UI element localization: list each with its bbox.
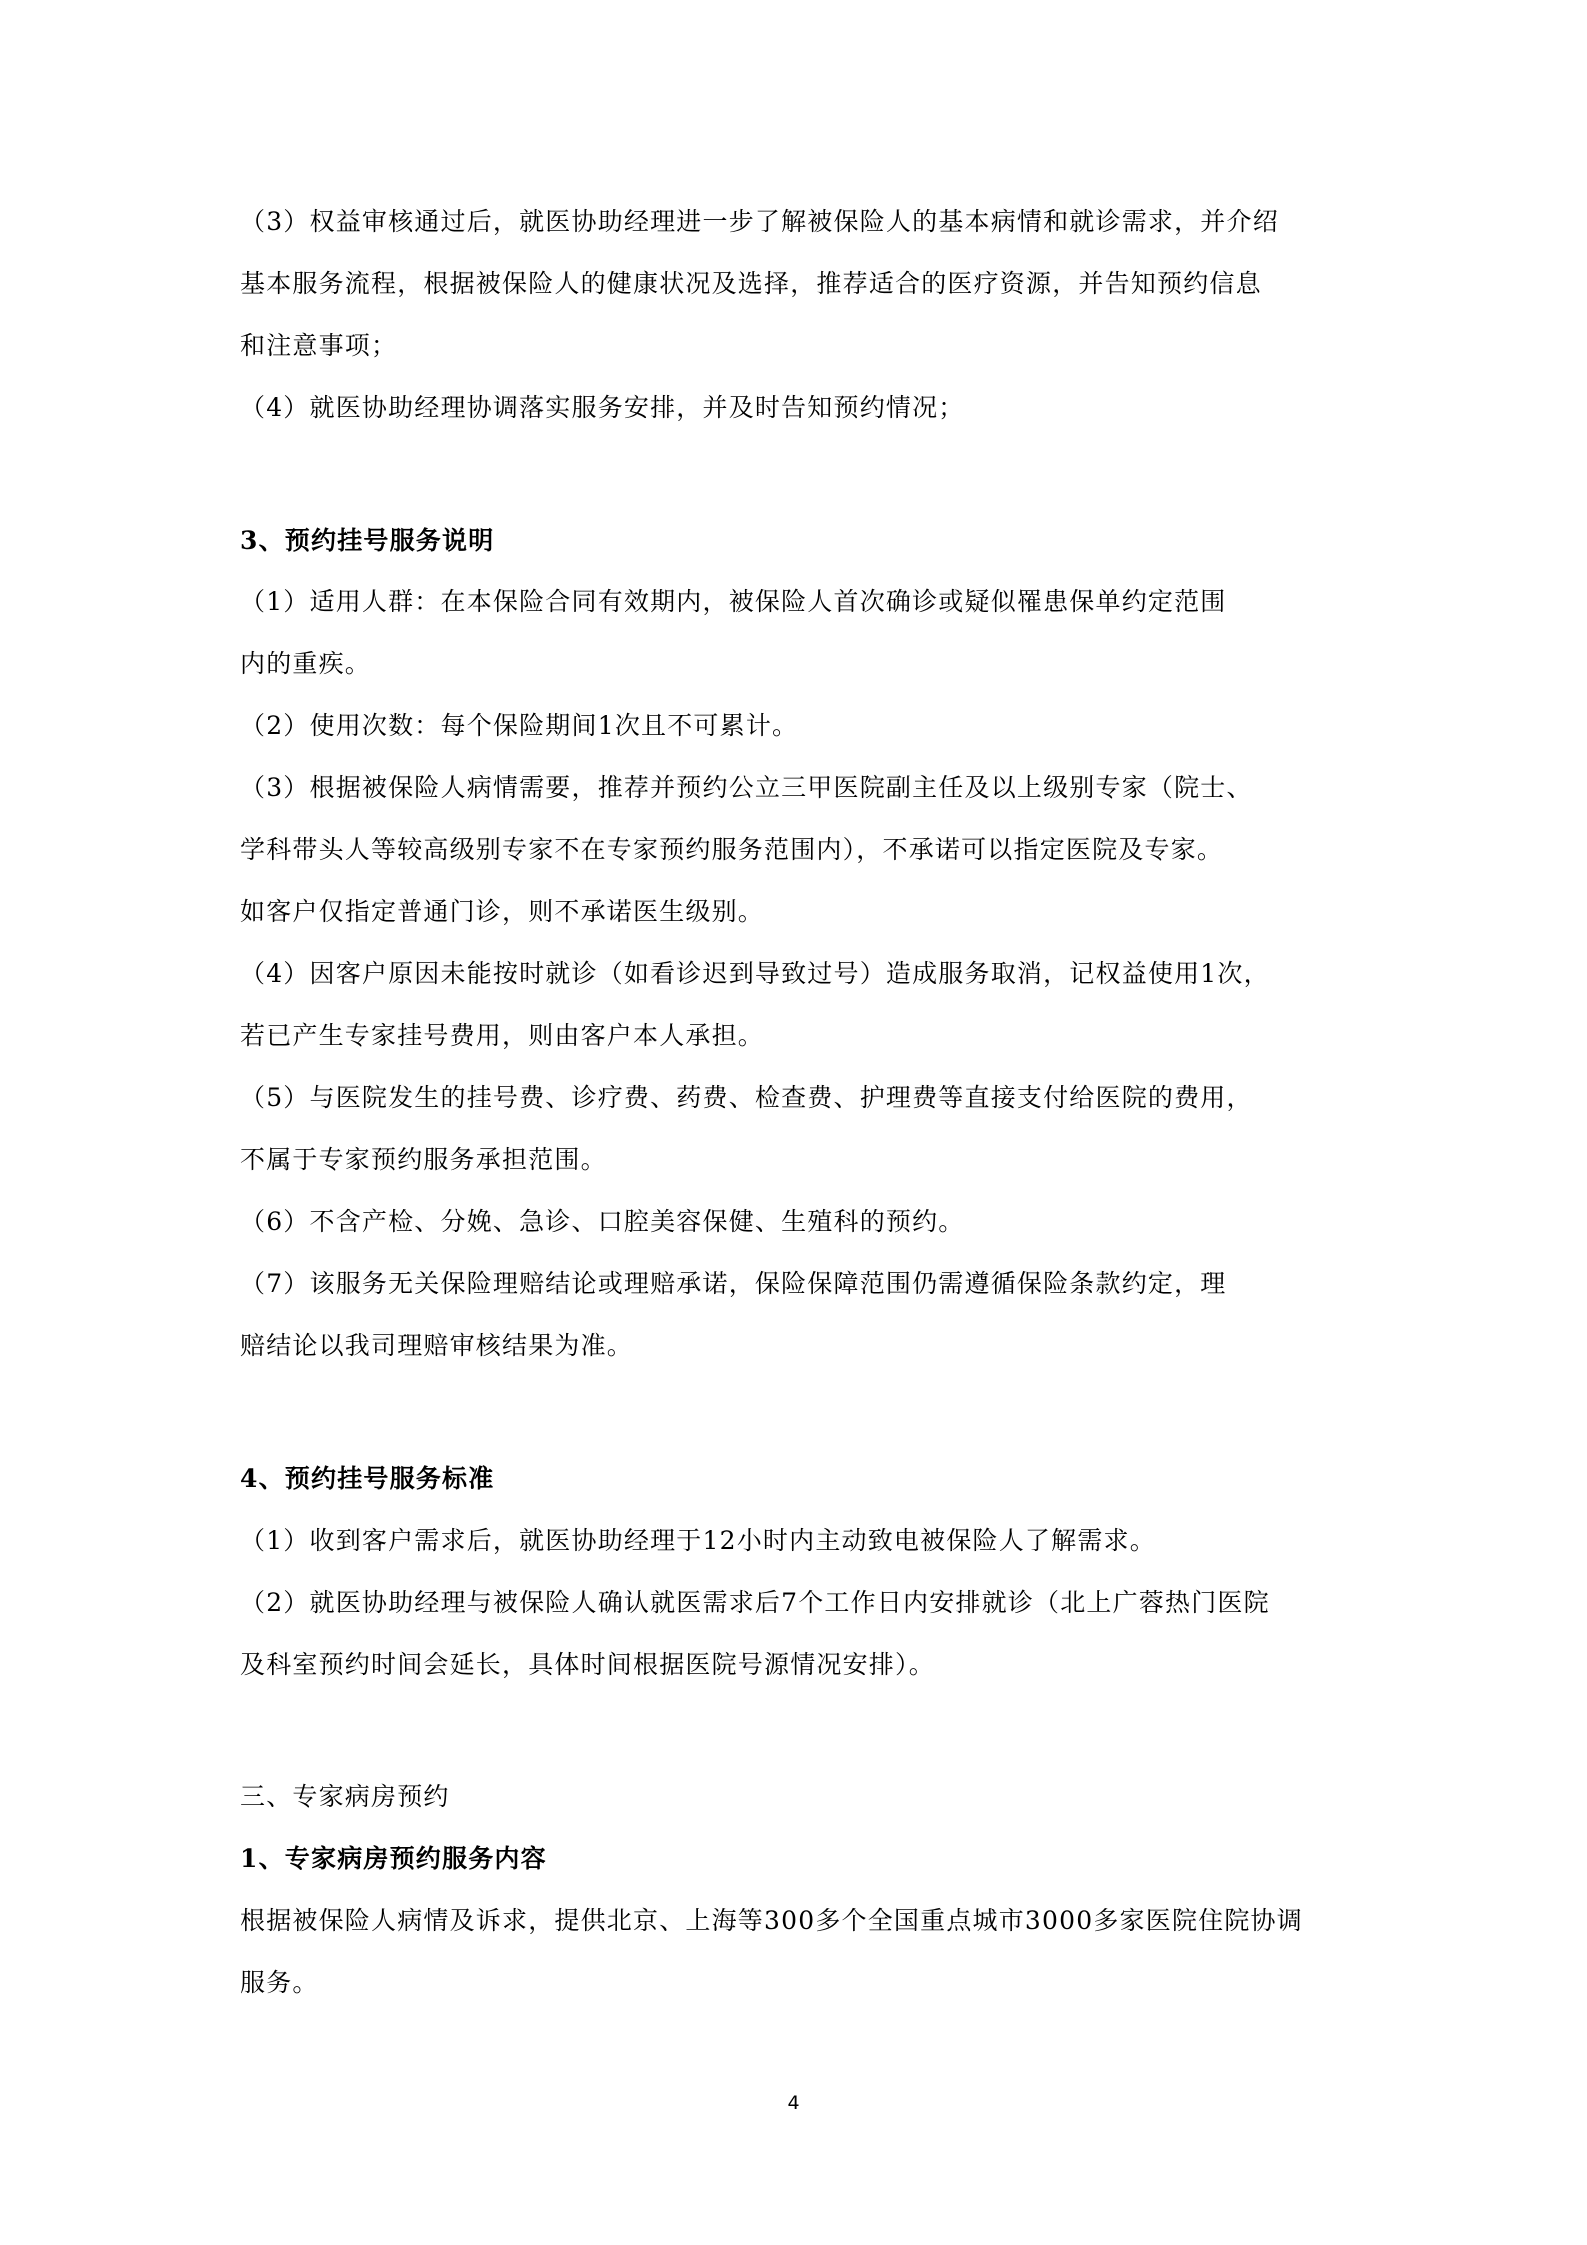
paragraph-line: 不属于专家预约服务承担范围。: [240, 1143, 607, 1177]
paragraph-line: 学科带头人等较高级别专家不在专家预约服务范围内），不承诺可以指定医院及专家。: [240, 833, 1223, 867]
paragraph-line: 及科室预约时间会延长，具体时间根据医院号源情况安排）。: [240, 1648, 935, 1682]
paragraph-line: （2）就医协助经理与被保险人确认就医需求后7个工作日内安排就诊（北上广蓉热门医院: [240, 1586, 1270, 1620]
paragraph-line: 和注意事项；: [240, 329, 397, 363]
paragraph-line: 三、专家病房预约: [240, 1780, 450, 1814]
paragraph-line: （3）权益审核通过后，就医协助经理进一步了解被保险人的基本病情和就诊需求，并介绍: [240, 205, 1279, 239]
document-page: （3）权益审核通过后，就医协助经理进一步了解被保险人的基本病情和就诊需求，并介绍…: [0, 0, 1587, 2245]
paragraph-line: 基本服务流程，根据被保险人的健康状况及选择，推荐适合的医疗资源，并告知预约信息: [240, 267, 1262, 301]
paragraph-line: （4）因客户原因未能按时就诊（如看诊迟到导致过号）造成服务取消，记权益使用1次，: [240, 957, 1270, 991]
paragraph-line: （3）根据被保险人病情需要，推荐并预约公立三甲医院副主任及以上级别专家（院士、: [240, 771, 1253, 805]
paragraph-line: 赔结论以我司理赔审核结果为准。: [240, 1329, 633, 1363]
paragraph-line: （4）就医协助经理协调落实服务安排，并及时告知预约情况；: [240, 391, 965, 425]
paragraph-line: 如客户仅指定普通门诊，则不承诺医生级别。: [240, 895, 764, 929]
paragraph-line: 根据被保险人病情及诉求，提供北京、上海等300多个全国重点城市3000多家医院住…: [240, 1904, 1303, 1938]
paragraph-line: （1）适用人群：在本保险合同有效期内，被保险人首次确诊或疑似罹患保单约定范围: [240, 585, 1227, 619]
paragraph-line: 若已产生专家挂号费用，则由客户本人承担。: [240, 1019, 764, 1053]
paragraph-line: （5）与医院发生的挂号费、诊疗费、药费、检查费、护理费等直接支付给医院的费用，: [240, 1081, 1253, 1115]
page-number: 4: [0, 2092, 1587, 2114]
paragraph-line: （6）不含产检、分娩、急诊、口腔美容保健、生殖科的预约。: [240, 1205, 965, 1239]
section-heading: 1、专家病房预约服务内容: [240, 1842, 547, 1876]
paragraph-line: （1）收到客户需求后，就医协助经理于12小时内主动致电被保险人了解需求。: [240, 1524, 1156, 1558]
paragraph-line: 服务。: [240, 1966, 319, 2000]
paragraph-line: （7）该服务无关保险理赔结论或理赔承诺，保险保障范围仍需遵循保险条款约定，理: [240, 1267, 1227, 1301]
paragraph-line: （2）使用次数：每个保险期间1次且不可累计。: [240, 709, 798, 743]
paragraph-line: 内的重疾。: [240, 647, 371, 681]
section-heading: 4、预约挂号服务标准: [240, 1462, 494, 1496]
section-heading: 3、预约挂号服务说明: [240, 524, 494, 558]
